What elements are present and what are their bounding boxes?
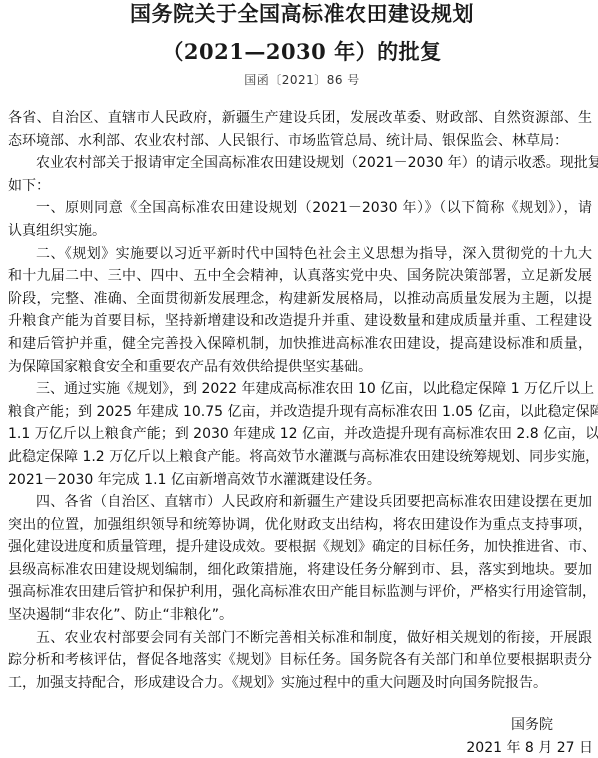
paragraph-line: 1.1 万亿斤以上粮食产能；到 2030 年建成 12 亿亩，并改造提升现有高标… (8, 423, 592, 446)
paragraph-line: 县级高标准农田建设规划编制，细化政策措施，将建设任务分解到市、县，落实到地块。要… (8, 559, 592, 582)
paragraph-line: 2021－2030 年完成 1.1 亿亩新增高效节水灌溉建设任务。 (8, 469, 592, 492)
issue-date: 2021 年 8 月 27 日 (466, 739, 593, 757)
document-title-line-2: （2021—2030 年）的批复 (0, 40, 598, 64)
paragraph-line: 升粮食产能为首要目标，坚持新增建设和改造提升并重、建设数量和建成质量并重、工程建… (8, 310, 592, 333)
paragraph-line: 坚决遏制“非农化”、防止“非粮化”。 (8, 604, 592, 627)
document-title-line-1: 国务院关于全国高标准农田建设规划 (0, 2, 598, 26)
paragraph-line: 工，加强支持配合，形成建设合力。《规划》实施过程中的重大问题及时向国务院报告。 (8, 672, 592, 695)
paragraph-line: 和十九届二中、三中、四中、五中全会精神，认真落实党中央、国务院决策部署，立足新发… (8, 265, 592, 288)
paragraph-line: 认真组织实施。 (8, 220, 592, 243)
paragraph-line: 农业农村部关于报请审定全国高标准农田建设规划（2021－2030 年）的请示收悉… (8, 152, 592, 175)
paragraph-line: 阶段，完整、准确、全面贯彻新发展理念，构建新发展格局，以推动高质量发展为主题，以… (8, 288, 592, 311)
addressee-line: 态环境部、水利部、农业农村部、人民银行、市场监管总局、统计局、银保监会、林草局： (8, 130, 592, 153)
paragraph-line: 一、原则同意《全国高标准农田建设规划（2021－2030 年）》（以下简称《规划… (8, 197, 592, 220)
paragraph-line: 突出的位置，加强组织领导和统筹协调，优化财政支出结构，将农田建设作为重点支持事项… (8, 514, 592, 537)
paragraph-line: 二、《规划》实施要以习近平新时代中国特色社会主义思想为指导，深入贯彻党的十九大 (8, 243, 592, 266)
issuer-signature: 国务院 (511, 716, 553, 734)
paragraph-line: 踪分析和考核评估，督促各地落实《规划》目标任务。国务院各有关部门和单位要根据职责… (8, 649, 592, 672)
paragraph-line: 此稳定保障 1.2 万亿斤以上粮食产能。将高效节水灌溉与高标准农田建设统筹规划、… (8, 446, 592, 469)
paragraph-line: 和建后管护并重，健全完善投入保障机制，加快推进高标准农田建设，提高建设标准和质量… (8, 333, 592, 356)
paragraph-line: 粮食产能；到 2025 年建成 10.75 亿亩，并改造提升现有高标准农田 1.… (8, 401, 592, 424)
paragraph-line: 三、通过实施《规划》，到 2022 年建成高标准农田 10 亿亩，以此稳定保障 … (8, 378, 592, 401)
document-number: 国函〔2021〕86 号 (0, 73, 598, 87)
paragraph-line: 四、各省（自治区、直辖市）人民政府和新疆生产建设兵团要把高标准农田建设摆在更加 (8, 491, 592, 514)
paragraph-line: 强化建设进度和质量管理，提升建设成效。要根据《规划》确定的目标任务，加快推进省、… (8, 536, 592, 559)
paragraph-line: 为保障国家粮食安全和重要农产品有效供给提供坚实基础。 (8, 356, 592, 379)
paragraph-line: 五、农业农村部要会同有关部门不断完善相关标准和制度，做好相关规划的衔接，开展跟 (8, 627, 592, 650)
addressee-line: 各省、自治区、直辖市人民政府，新疆生产建设兵团，发展改革委、财政部、自然资源部、… (8, 107, 592, 130)
paragraph-line: 强高标准农田建后管护和保护利用，强化高标准农田产能目标监测与评价，严格实行用途管… (8, 581, 592, 604)
document-body: 各省、自治区、直辖市人民政府，新疆生产建设兵团，发展改革委、财政部、自然资源部、… (8, 107, 592, 694)
paragraph-line: 如下： (8, 175, 592, 198)
